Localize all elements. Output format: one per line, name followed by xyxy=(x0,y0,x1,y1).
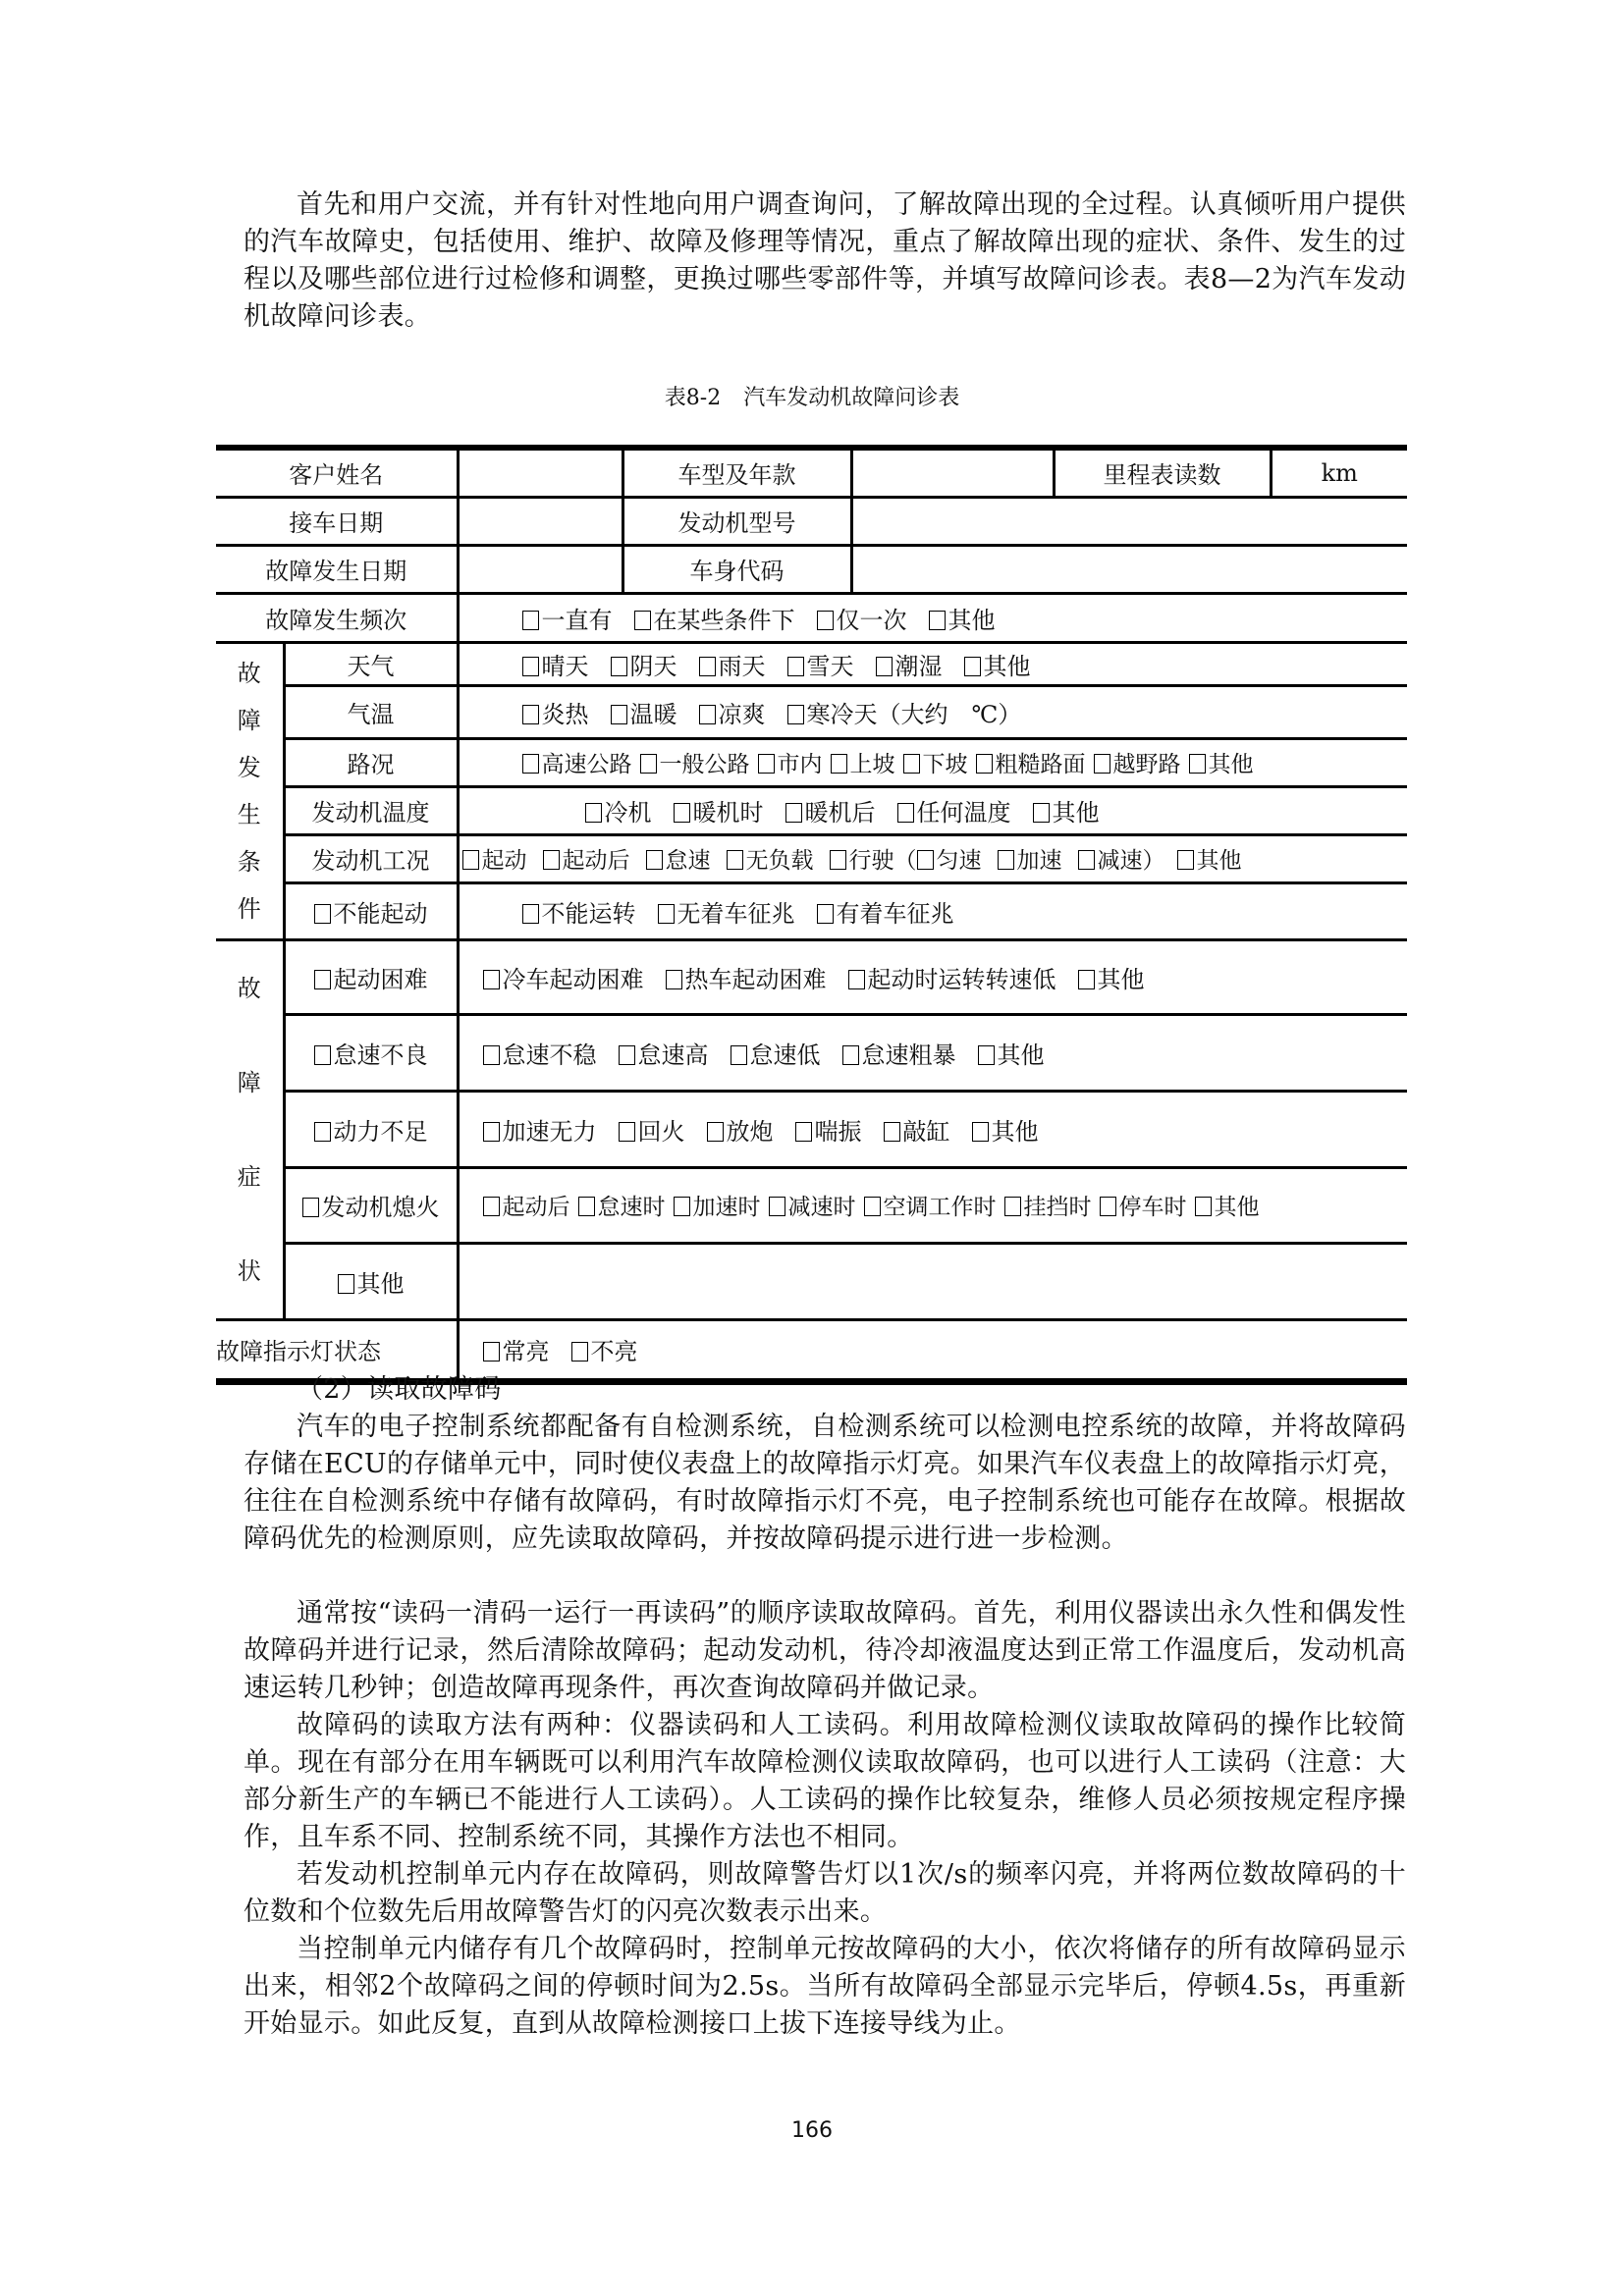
checkbox-icon[interactable] xyxy=(998,850,1014,870)
label-model-year: 车型及年款 xyxy=(623,448,851,497)
checkbox-icon[interactable] xyxy=(707,1122,724,1142)
checkbox-icon[interactable] xyxy=(522,657,539,676)
frequency-options: 一直有在某些条件下仅一次其他 xyxy=(458,593,1407,642)
field-fault-date[interactable] xyxy=(458,545,623,593)
checkbox-icon[interactable] xyxy=(1195,1197,1212,1216)
checkbox-icon[interactable] xyxy=(978,1045,995,1065)
checkbox-icon[interactable] xyxy=(571,1342,588,1362)
label-frequency: 故障发生频次 xyxy=(216,593,458,642)
label-engine-condition: 发动机工况 xyxy=(284,834,458,882)
field-engine-model[interactable] xyxy=(851,497,1407,545)
checkbox-icon[interactable] xyxy=(1094,754,1110,774)
checkbox-icon[interactable] xyxy=(842,1045,859,1065)
section-heading: （2）读取故障码 xyxy=(244,1371,1406,1409)
table-caption-title: 汽车发动机故障问诊表 xyxy=(743,386,959,410)
checkbox-icon[interactable] xyxy=(817,904,834,924)
table-row-receive-date: 接车日期 发动机型号 xyxy=(216,497,1407,545)
checkbox-icon[interactable] xyxy=(787,657,804,676)
label-other-symptom[interactable]: 其他 xyxy=(284,1243,458,1319)
label-engine-model: 发动机型号 xyxy=(623,497,851,545)
checkbox-icon[interactable] xyxy=(785,803,802,823)
table-row-engine-condition: 发动机工况 起动起动后怠速无负载行驶（匀速加速减速）其他 xyxy=(216,834,1407,882)
checkbox-icon[interactable] xyxy=(522,904,539,924)
checkbox-icon[interactable] xyxy=(314,970,331,989)
checkbox-icon[interactable] xyxy=(483,1045,500,1065)
checkbox-icon[interactable] xyxy=(758,754,775,774)
label-hard-start[interactable]: 起动困难 xyxy=(284,939,458,1015)
engine-fault-inquiry-table: 客户姓名 车型及年款 里程表读数 km 接车日期 发动机型号 故障发生日期 车身… xyxy=(216,445,1407,1385)
temperature-options: 炎热温暖凉爽寒冷天（大约 ℃） xyxy=(458,685,1407,738)
checkbox-icon[interactable] xyxy=(314,904,331,924)
checkbox-icon[interactable] xyxy=(699,705,716,724)
checkbox-icon[interactable] xyxy=(831,754,847,774)
checkbox-icon[interactable] xyxy=(830,850,846,870)
checkbox-icon[interactable] xyxy=(964,657,981,676)
checkbox-icon[interactable] xyxy=(483,1342,500,1362)
checkbox-icon[interactable] xyxy=(972,1122,989,1142)
checkbox-icon[interactable] xyxy=(876,657,893,676)
section-paragraph-4: 若发动机控制单元内存在故障码，则故障警告灯以1次/s的频率闪亮，并将两位数故障码… xyxy=(244,1856,1406,1931)
checkbox-icon[interactable] xyxy=(1189,754,1206,774)
checkbox-option[interactable]: 其他 xyxy=(929,601,996,635)
checkbox-icon[interactable] xyxy=(727,850,743,870)
group-label-fault-symptoms: 故障症状 xyxy=(216,939,284,1319)
checkbox-icon[interactable] xyxy=(611,705,627,724)
table-row-temperature: 气温 炎热温暖凉爽寒冷天（大约 ℃） xyxy=(216,685,1407,738)
table-row-hard-start: 故障症状 起动困难 冷车起动困难热车起动困难起动时运转转速低其他 xyxy=(216,939,1407,1015)
intro-paragraph: 首先和用户交流，并有针对性地向用户调查询问，了解故障出现的全过程。认真倾听用户提… xyxy=(244,187,1406,336)
checkbox-icon[interactable] xyxy=(674,1197,690,1216)
field-odometer-unit[interactable]: km xyxy=(1271,448,1407,497)
checkbox-icon[interactable] xyxy=(611,657,627,676)
checkbox-icon[interactable] xyxy=(917,850,934,870)
label-temperature: 气温 xyxy=(284,685,458,738)
label-road: 路况 xyxy=(284,738,458,786)
label-no-start[interactable]: 不能起动 xyxy=(284,882,458,939)
label-receive-date: 接车日期 xyxy=(216,497,458,545)
checkbox-icon[interactable] xyxy=(787,705,804,724)
label-low-power[interactable]: 动力不足 xyxy=(284,1092,458,1168)
checkbox-icon[interactable] xyxy=(1078,850,1095,870)
engine-condition-options: 起动起动后怠速无负载行驶（匀速加速减速）其他 xyxy=(458,834,1407,882)
low-power-options: 加速无力回火放炮喘振敲缸其他 xyxy=(458,1092,1407,1168)
checkbox-icon[interactable] xyxy=(338,1274,354,1294)
checkbox-icon[interactable] xyxy=(817,611,834,630)
checkbox-icon[interactable] xyxy=(619,1045,635,1065)
page-number: 166 xyxy=(0,2118,1624,2143)
table-row-stall: 发动机熄火 起动后怠速时加速时减速时空调工作时挂挡时停车时其他 xyxy=(216,1167,1407,1243)
checkbox-icon[interactable] xyxy=(1033,803,1050,823)
checkbox-icon[interactable] xyxy=(585,803,602,823)
table-row-no-start: 不能起动 不能运转无着车征兆有着车征兆 xyxy=(216,882,1407,939)
checkbox-icon[interactable] xyxy=(795,1122,812,1142)
checkbox-icon[interactable] xyxy=(314,1122,331,1142)
checkbox-icon[interactable] xyxy=(1100,1197,1116,1216)
label-customer-name: 客户姓名 xyxy=(216,448,458,497)
checkbox-icon[interactable] xyxy=(646,850,663,870)
weather-options: 晴天阴天雨天雪天潮湿其他 xyxy=(458,642,1407,685)
checkbox-icon[interactable] xyxy=(848,970,865,989)
checkbox-icon[interactable] xyxy=(483,1122,500,1142)
checkbox-icon[interactable] xyxy=(769,1197,785,1216)
section-paragraph-5: 当控制单元内储存有几个故障码时，控制单元按故障码的大小，依次将储存的所有故障码显… xyxy=(244,1931,1406,2043)
checkbox-icon[interactable] xyxy=(483,1197,500,1216)
checkbox-icon[interactable] xyxy=(1078,970,1095,989)
checkbox-icon[interactable] xyxy=(462,850,479,870)
label-body-code: 车身代码 xyxy=(623,545,851,593)
table-row-frequency: 故障发生频次 一直有在某些条件下仅一次其他 xyxy=(216,593,1407,642)
checkbox-icon[interactable] xyxy=(302,1198,319,1217)
checkbox-icon[interactable] xyxy=(929,611,946,630)
engine-temperature-options: 冷机暖机时暖机后任何温度其他 xyxy=(458,786,1407,834)
checkbox-icon[interactable] xyxy=(522,754,539,774)
table-caption: 表8-2 汽车发动机故障问诊表 xyxy=(0,381,1624,411)
checkbox-icon[interactable] xyxy=(522,611,539,630)
stall-options: 起动后怠速时加速时减速时空调工作时挂挡时停车时其他 xyxy=(458,1167,1407,1243)
checkbox-icon[interactable] xyxy=(897,803,914,823)
checkbox-icon[interactable] xyxy=(578,1197,595,1216)
table-row-customer: 客户姓名 车型及年款 里程表读数 km xyxy=(216,448,1407,497)
checkbox-icon[interactable] xyxy=(884,1122,900,1142)
checkbox-icon[interactable] xyxy=(543,850,560,870)
label-poor-idle[interactable]: 怠速不良 xyxy=(284,1015,458,1092)
checkbox-icon[interactable] xyxy=(1004,1197,1021,1216)
checkbox-option[interactable]: 在某些条件下 xyxy=(634,601,795,635)
checkbox-icon[interactable] xyxy=(619,1122,635,1142)
poor-idle-options: 怠速不稳怠速高怠速低怠速粗暴其他 xyxy=(458,1015,1407,1092)
checkbox-icon[interactable] xyxy=(483,970,500,989)
hard-start-options: 冷车起动困难热车起动困难起动时运转转速低其他 xyxy=(458,939,1407,1015)
field-other-symptom[interactable] xyxy=(458,1243,1407,1319)
checkbox-icon[interactable] xyxy=(634,611,651,630)
checkbox-option[interactable]: 一直有 xyxy=(522,601,613,635)
field-model-year[interactable] xyxy=(851,448,1054,497)
table-row-low-power: 动力不足 加速无力回火放炮喘振敲缸其他 xyxy=(216,1092,1407,1168)
table-row-road: 路况 高速公路一般公路市内上坡下坡粗糙路面越野路其他 xyxy=(216,738,1407,786)
checkbox-icon[interactable] xyxy=(1177,850,1194,870)
table-row-other-symptom: 其他 xyxy=(216,1243,1407,1319)
checkbox-icon[interactable] xyxy=(640,754,657,774)
section-paragraph-2: 通常按“读码一清码一运行一再读码”的顺序读取故障码。首先，利用仪器读出永久性和偶… xyxy=(244,1595,1406,1707)
checkbox-icon[interactable] xyxy=(658,904,675,924)
table-row-poor-idle: 怠速不良 怠速不稳怠速高怠速低怠速粗暴其他 xyxy=(216,1015,1407,1092)
field-body-code[interactable] xyxy=(851,545,1407,593)
road-options: 高速公路一般公路市内上坡下坡粗糙路面越野路其他 xyxy=(458,738,1407,786)
checkbox-icon[interactable] xyxy=(731,1045,747,1065)
table-row-engine-temperature: 发动机温度 冷机暖机时暖机后任何温度其他 xyxy=(216,786,1407,834)
table-caption-number: 表8-2 xyxy=(665,386,721,410)
checkbox-icon[interactable] xyxy=(522,705,539,724)
field-customer-name[interactable] xyxy=(458,448,623,497)
group-label-fault-conditions: 故障发生条件 xyxy=(216,642,284,939)
table-row-fault-date: 故障发生日期 车身代码 xyxy=(216,545,1407,593)
label-weather: 天气 xyxy=(284,642,458,685)
checkbox-icon[interactable] xyxy=(976,754,993,774)
label-stall[interactable]: 发动机熄火 xyxy=(284,1167,458,1243)
checkbox-option[interactable]: 仅一次 xyxy=(817,601,907,635)
checkbox-icon[interactable] xyxy=(903,754,920,774)
field-receive-date[interactable] xyxy=(458,497,623,545)
label-fault-date: 故障发生日期 xyxy=(216,545,458,593)
checkbox-icon[interactable] xyxy=(699,657,716,676)
label-engine-temperature: 发动机温度 xyxy=(284,786,458,834)
checkbox-icon[interactable] xyxy=(674,803,690,823)
checkbox-icon[interactable] xyxy=(314,1045,331,1065)
checkbox-icon[interactable] xyxy=(864,1197,881,1216)
checkbox-icon[interactable] xyxy=(666,970,682,989)
no-start-options: 不能运转无着车征兆有着车征兆 xyxy=(458,882,1407,939)
section-paragraph-3: 故障码的读取方法有两种：仪器读码和人工读码。利用故障检测仪读取故障码的操作比较简… xyxy=(244,1707,1406,1856)
label-odometer: 里程表读数 xyxy=(1054,448,1271,497)
table-row-weather: 故障发生条件 天气 晴天阴天雨天雪天潮湿其他 xyxy=(216,642,1407,685)
section-paragraph-1: 汽车的电子控制系统都配备有自检测系统，自检测系统可以检测电控系统的故障，并将故障… xyxy=(244,1409,1406,1558)
